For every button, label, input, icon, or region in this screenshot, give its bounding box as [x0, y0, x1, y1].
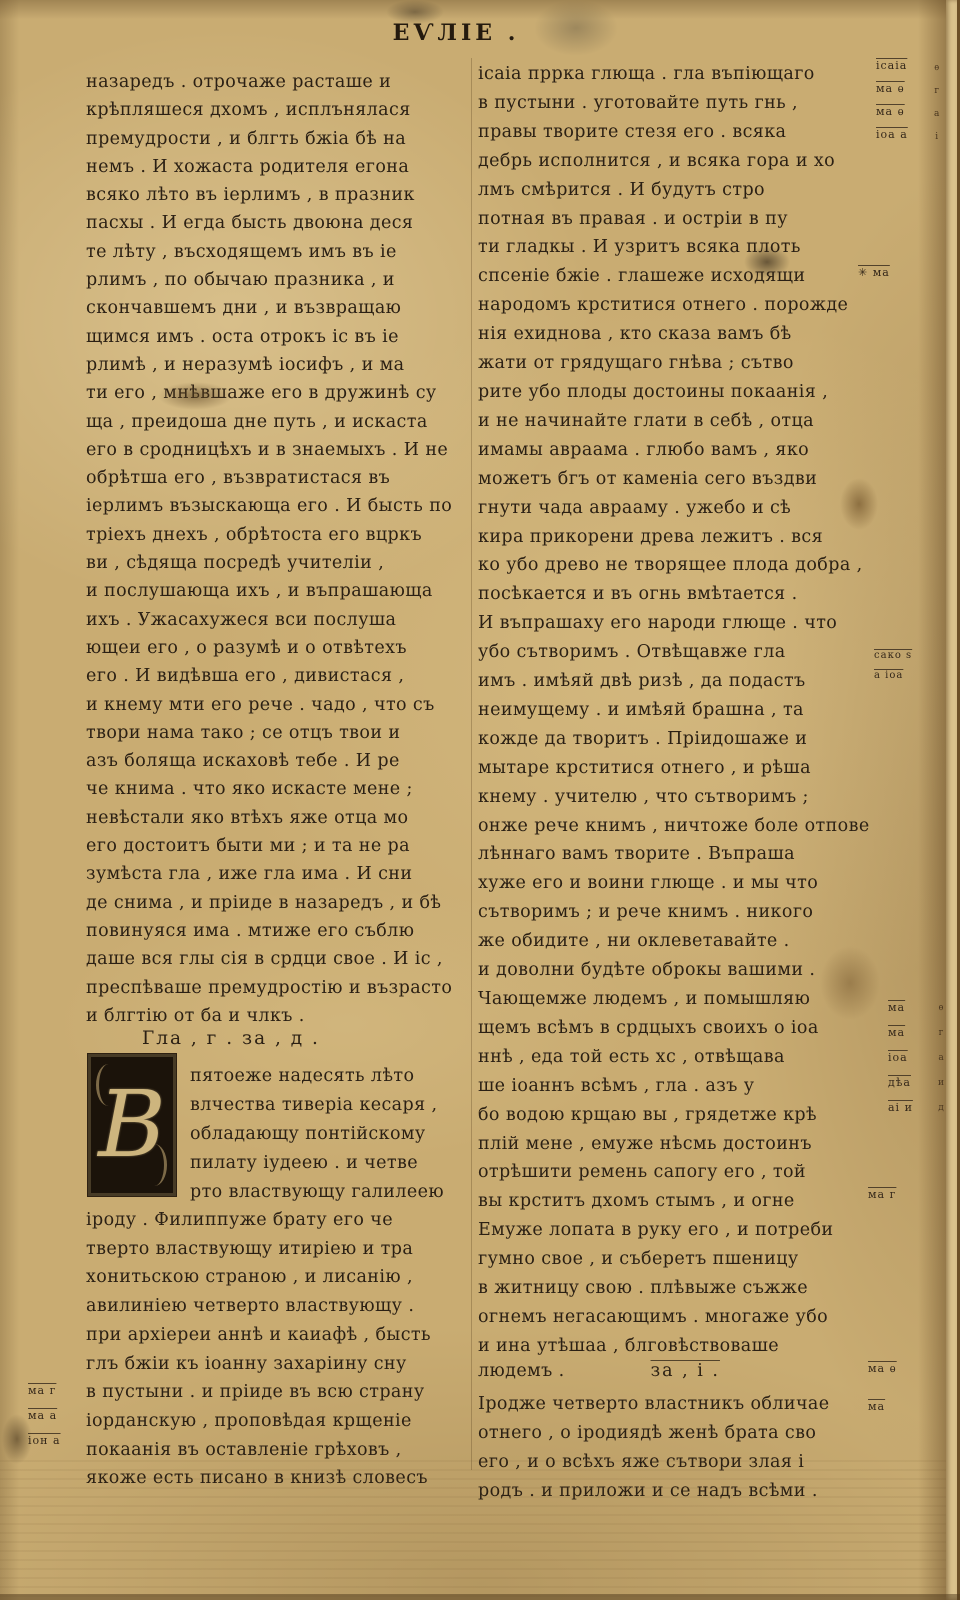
text-line: обрѣтша его , възвратистася въ	[86, 464, 474, 492]
text-line: рто властвующу галилеею	[190, 1178, 474, 1207]
paragraph-end: людемъ .	[478, 1361, 565, 1381]
text-line: кира прикорени древа лежитъ . вся	[478, 523, 870, 552]
text-line: ти его , мнѣвшаже его в дружинѣ су	[86, 379, 474, 407]
section-heading-row: людемъ . за , і .	[478, 1361, 870, 1390]
margin-note: ма	[888, 1020, 913, 1045]
text-line: посѣкается и въ огнь вмѣтается .	[478, 580, 870, 609]
text-line: ющеи его , о разумѣ и о отвѣтехъ	[86, 634, 474, 662]
chapter-heading: Гла , г . за , д .	[86, 1028, 474, 1049]
text-line: при архіереи аннѣ и каиафѣ , бысть	[86, 1321, 474, 1350]
text-line: Чающемже людемъ , и помышляю	[478, 985, 870, 1014]
margin-note: а іоа	[874, 666, 912, 686]
text-line: гнути чада аврааму . ужебо и сѣ	[478, 494, 870, 523]
text-line: де снима , и пріиде в назаредъ , и бѣ	[86, 889, 474, 917]
margin-note: аі и	[888, 1095, 913, 1120]
text-line: іерлимъ възыскающа его . И бысть по	[86, 492, 474, 520]
margin-note-lopata: ма г	[868, 1188, 896, 1201]
right-column: ісаіа пррка глюща . гла въпіющагов пусты…	[478, 60, 870, 1505]
text-line: ше іоаннъ всѣмъ , гла . азъ у	[478, 1072, 870, 1101]
text-line: неимущему . и имѣяй брашна , та	[478, 696, 870, 725]
text-line: правы творите стезя его . всяка	[478, 118, 870, 147]
text-line: И въпрашаху его народи глюще . что	[478, 609, 870, 638]
text-line: огнемъ негасающимъ . многаже убо	[478, 1303, 870, 1332]
text-line: и доволни будѣте оброкы вашими .	[478, 956, 870, 985]
text-line: немъ . И хожаста родителя егона	[86, 153, 474, 181]
text-line: авилиніею четверто властвующу .	[86, 1292, 474, 1321]
text-line: лѣннаго вамъ творите . Въпраша	[478, 840, 870, 869]
running-title: ЕѴЛІЕ .	[0, 20, 912, 46]
text-line: Іродже четверто властникъ обличае	[478, 1390, 870, 1419]
text-line: азъ боляща искаховѣ тебе . И ре	[86, 747, 474, 775]
text-line: преспѣваше премудростію и възрасто	[86, 974, 474, 1002]
text-line: глъ бжіи къ іоанну захаріину сну	[86, 1350, 474, 1379]
margin-note-asterisk: ✳ ма	[858, 266, 890, 279]
drop-cap-initial: В	[88, 1054, 176, 1196]
text-line: ннѣ , еда той есть хс , отвѣщава	[478, 1043, 870, 1072]
text-line: пятоеже надесять лѣто	[190, 1062, 474, 1091]
text-line: щемъ всѣмъ в срдцыхъ своихъ о іоа	[478, 1014, 870, 1043]
text-line: крѣпляшеся дхомъ , исплънялася	[86, 96, 474, 124]
text-line: народомъ крститися отнего . порожде	[478, 291, 870, 320]
margin-notes-right-bottom: ма ѳма	[868, 1350, 897, 1426]
margin-note: іон а	[28, 1428, 61, 1453]
text-line: хонитьскою страною , и лисанію ,	[86, 1263, 474, 1292]
margin-notes-right-lower: мамаіоадѣааі и	[888, 995, 913, 1120]
text-line: ісаіа пррка глюща . гла въпіющаго	[478, 60, 870, 89]
margin-notes-right-mid: сако ѕа іоа	[874, 646, 912, 686]
initial-letter: В	[98, 1079, 166, 1171]
text-line: нія ехиднова , кто сказа вамъ бѣ	[478, 320, 870, 349]
text-line: рлимъ , по обычаю празника , и	[86, 266, 474, 294]
margin-note: ма г	[28, 1378, 61, 1403]
text-line: же обидите , ни оклеветавайте .	[478, 927, 870, 956]
text-line: в пустыни . уготовайте путь гнь ,	[478, 89, 870, 118]
text-line: его достоитъ быти ми ; и та не ра	[86, 832, 474, 860]
text-line: и блгтію от ба и члкъ .	[86, 1002, 474, 1030]
text-line: и послушающа ихъ , и въпрашающа	[86, 577, 474, 605]
margin-note: ма ѳ	[876, 100, 908, 123]
text-line: бо водою крщаю вы , грядетже крѣ	[478, 1101, 870, 1130]
text-line: ихъ . Ужасахужеся вси послуша	[86, 606, 474, 634]
page-edge-shadow	[918, 0, 946, 1600]
text-line: жати от грядущаго гнѣва ; сътво	[478, 349, 870, 378]
text-line: и ина утѣшаа , блговѣствоваше	[478, 1332, 870, 1361]
text-line: іроду . Филиппуже брату его че	[86, 1206, 474, 1235]
text-line: премудрости , и блгть бжіа бѣ на	[86, 125, 474, 153]
text-line: кожде да творитъ . Пріидошаже и	[478, 725, 870, 754]
text-line: гумно свое , и съберетъ пшеницу	[478, 1245, 870, 1274]
text-line: и не начинайте глати в себѣ , отца	[478, 407, 870, 436]
text-line: повинуяся има . мтиже его съблю	[86, 917, 474, 945]
text-line: невѣстали яко втѣхъ яже отца мо	[86, 804, 474, 832]
text-line: рлимѣ , и неразумѣ іосифъ , и ма	[86, 351, 474, 379]
margin-note: ма а	[28, 1403, 61, 1428]
text-line: пасхы . И егда бысть двоюна деся	[86, 209, 474, 237]
margin-note: ма ѳ	[868, 1350, 897, 1388]
left-column: назаредъ . отрочаже расташе икрѣпляшеся …	[86, 68, 474, 1030]
text-line: мытаре крститися отнего , и рѣша	[478, 754, 870, 783]
text-line: убо сътворимъ . Отвѣщавже гла	[478, 638, 870, 667]
text-line: имъ . имѣяй двѣ ризѣ , да подастъ	[478, 667, 870, 696]
text-line: хуже его и воини глюще . и мы что	[478, 869, 870, 898]
text-line: всяко лѣто въ іерлимъ , в празник	[86, 181, 474, 209]
text-line: твори нама тако ; се отцъ твои и	[86, 719, 474, 747]
left-column-indented-lines: пятоеже надесять лѣтовлчества тиверіа ке…	[190, 1062, 474, 1207]
text-line: в житницу свою . плѣвыже съжже	[478, 1274, 870, 1303]
text-line: лмъ смѣрится . И будутъ стро	[478, 176, 870, 205]
text-line: его . И видѣвша его , дивистася ,	[86, 662, 474, 690]
text-line: ви , сѣдяща посредѣ учителіи ,	[86, 549, 474, 577]
text-line: дебрь исполнится , и всяка гора и хо	[478, 147, 870, 176]
margin-note: іоа	[888, 1045, 913, 1070]
left-column-tail: іроду . Филиппуже брату его четверто вла…	[86, 1206, 474, 1493]
text-line: онже рече книмъ , ничтоже боле отпове	[478, 812, 870, 841]
text-line: кнему . учителю , что сътворимъ ;	[478, 783, 870, 812]
margin-notes-right-top: ісаіама ѳма ѳіоа а	[876, 54, 908, 146]
text-line: іорданскую , проповѣдая крщеніе	[86, 1407, 474, 1436]
text-line: спсеніе бжіе . глашеже исходящи	[478, 262, 870, 291]
margin-note: сако ѕ	[874, 646, 912, 666]
text-line: тріехъ днехъ , обрѣтоста его вцркъ	[86, 521, 474, 549]
right-column-lines: ісаіа пррка глюща . гла въпіющагов пусты…	[478, 60, 870, 1361]
text-line: сътворимъ ; и рече книмъ . никого	[478, 898, 870, 927]
margin-note: дѣа	[888, 1070, 913, 1095]
text-line: имамы авраама . глюбо вамъ , яко	[478, 436, 870, 465]
margin-note: іоа а	[876, 123, 908, 146]
text-line: зумѣста гла , иже гла има . И сни	[86, 860, 474, 888]
text-line: ко убо древо не творящее плода добра ,	[478, 551, 870, 580]
section-heading: за , і .	[651, 1361, 720, 1381]
manuscript-page: ЕѴЛІЕ . назаредъ . отрочаже расташе икрѣ…	[0, 0, 960, 1600]
text-line: Емуже лопата в руку его , и потреби	[478, 1216, 870, 1245]
margin-note: ма	[868, 1388, 897, 1426]
text-line: обладающу понтійскому	[190, 1120, 474, 1149]
text-line: ти гладкы . И узритъ всяка плоть	[478, 233, 870, 262]
text-line: щимся имъ . оста отрокъ іс въ іе	[86, 323, 474, 351]
text-line: че книма . что яко искасте мене ;	[86, 775, 474, 803]
text-line: ща , преидоша дне путь , и искаста	[86, 408, 474, 436]
text-line: отрѣшити ремень сапогу его , той	[478, 1158, 870, 1187]
margin-note: ісаіа	[876, 54, 908, 77]
margin-notes-left: ма гма аіон а	[28, 1378, 61, 1453]
text-line: плій мене , емуже нѣсмь достоинъ	[478, 1130, 870, 1159]
text-line: рите убо плоды достоины покаанія ,	[478, 378, 870, 407]
text-line: вы крститъ дхомъ стымъ , и огне	[478, 1187, 870, 1216]
text-line: отнего , о іродиядѣ женѣ брата сво	[478, 1419, 870, 1448]
page-bottom-edge	[0, 1594, 960, 1600]
text-line: даше вся глы сія в срдци свое . И іс ,	[86, 945, 474, 973]
text-line: потная въ правая . и остріи в пу	[478, 205, 870, 234]
text-line: те лѣту , въсходящемъ имъ въ іе	[86, 238, 474, 266]
paper-striations	[0, 1460, 960, 1600]
text-line: влчества тиверіа кесаря ,	[190, 1091, 474, 1120]
text-line: тверто властвующу итиріею и тра	[86, 1235, 474, 1264]
text-line: и кнему мти его рече . чадо , что съ	[86, 691, 474, 719]
text-line: пилату іудеею . и четве	[190, 1149, 474, 1178]
text-line: в пустыни . и пріиде въ всю страну	[86, 1378, 474, 1407]
text-line: можетъ бгъ от каменіа сего въздви	[478, 465, 870, 494]
margin-note: ма	[888, 995, 913, 1020]
text-line: его в сродницѣхъ и в знаемыхъ . И не	[86, 436, 474, 464]
text-line: назаредъ . отрочаже расташе и	[86, 68, 474, 96]
margin-note: ма ѳ	[876, 77, 908, 100]
text-line: скончавшемъ дни , и възвращаю	[86, 294, 474, 322]
